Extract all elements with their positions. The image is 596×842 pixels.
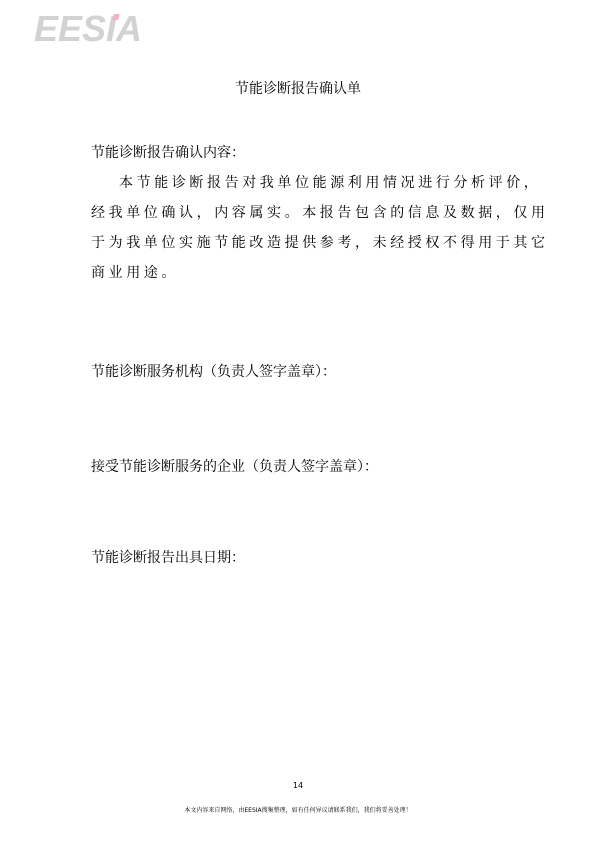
content-heading: 节能诊断报告确认内容： <box>91 142 245 162</box>
paragraph-line: 经我单位确认，内容属实。本报告包含的信息及数据，仅用 <box>91 198 505 228</box>
paragraph-line: 本节能诊断报告对我单位能源利用情况进行分析评价， <box>91 168 505 198</box>
enterprise-signature-label: 接受节能诊断服务的企业（负责人签字盖章）： <box>91 456 378 476</box>
document-title: 节能诊断报告确认单 <box>0 78 596 98</box>
footer-disclaimer: 本文内容来自网络，由EESIA搜集整理，如有任何异议请联系我们，我们将妥善处理！ <box>0 805 596 814</box>
paragraph-line: 商业用途。 <box>91 258 505 288</box>
page-number: 14 <box>0 781 596 790</box>
service-org-signature-label: 节能诊断服务机构（负责人签字盖章）： <box>91 361 336 381</box>
confirmation-paragraph: 本节能诊断报告对我单位能源利用情况进行分析评价， 经我单位确认，内容属实。本报告… <box>91 168 505 288</box>
eesia-logo: EESIA <box>34 8 142 50</box>
logo-text: EESIA <box>34 8 142 49</box>
issue-date-label: 节能诊断报告出具日期： <box>91 547 245 567</box>
paragraph-line: 于为我单位实施节能改造提供参考，未经授权不得用于其它 <box>91 228 505 258</box>
